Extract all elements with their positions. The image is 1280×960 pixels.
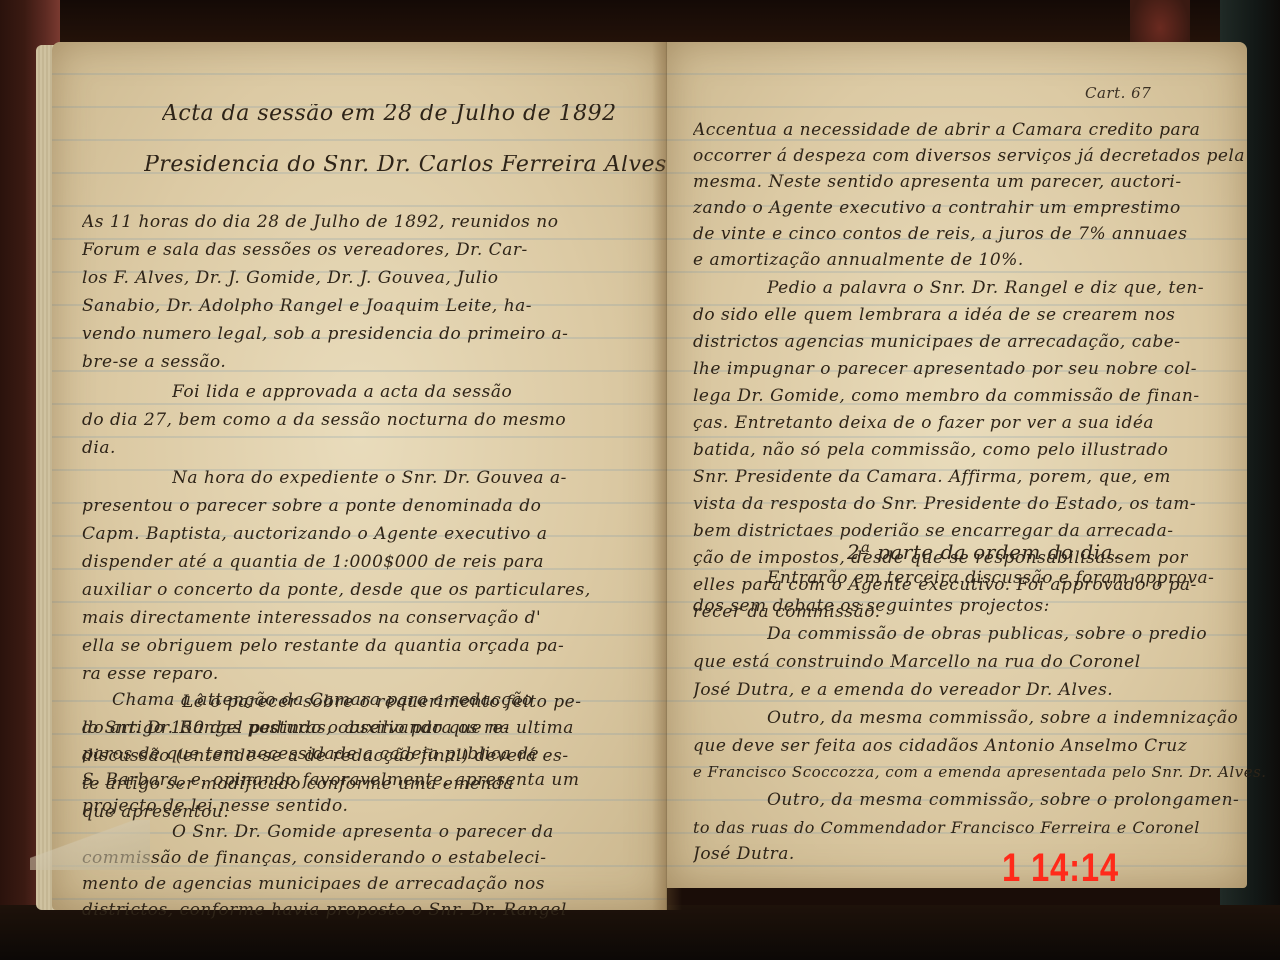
- text-line: mento de agencias municipaes de arrecada…: [82, 874, 545, 894]
- text-line: lo Snr. Dr. Rangel pedindo o auxilio par…: [82, 718, 509, 738]
- left-page-continuation: Lê o parecer sobre o requerimento feito …: [52, 0, 667, 960]
- text-line: projecto de lei nesse sentido.: [82, 796, 348, 816]
- text-line: O Snr. Dr. Gomide apresenta o parecer da: [172, 822, 554, 842]
- text-line: paros de que tem necessidade a cadeia pu…: [82, 744, 539, 764]
- text-line: districtos, conforme havia proposto o Sn…: [82, 900, 567, 920]
- right-page-final: Entrou em segunda discussão o projecto s…: [667, 0, 1247, 960]
- text-line: Lê o parecer sobre o requerimento feito …: [182, 692, 581, 712]
- camera-timestamp: 1 14:14: [1002, 846, 1119, 891]
- text-line: commissão de finanças, considerando o es…: [82, 848, 547, 868]
- text-line: S. Barbara, e, opinando favoravelmente, …: [82, 770, 580, 790]
- folded-page-corner: [30, 820, 150, 870]
